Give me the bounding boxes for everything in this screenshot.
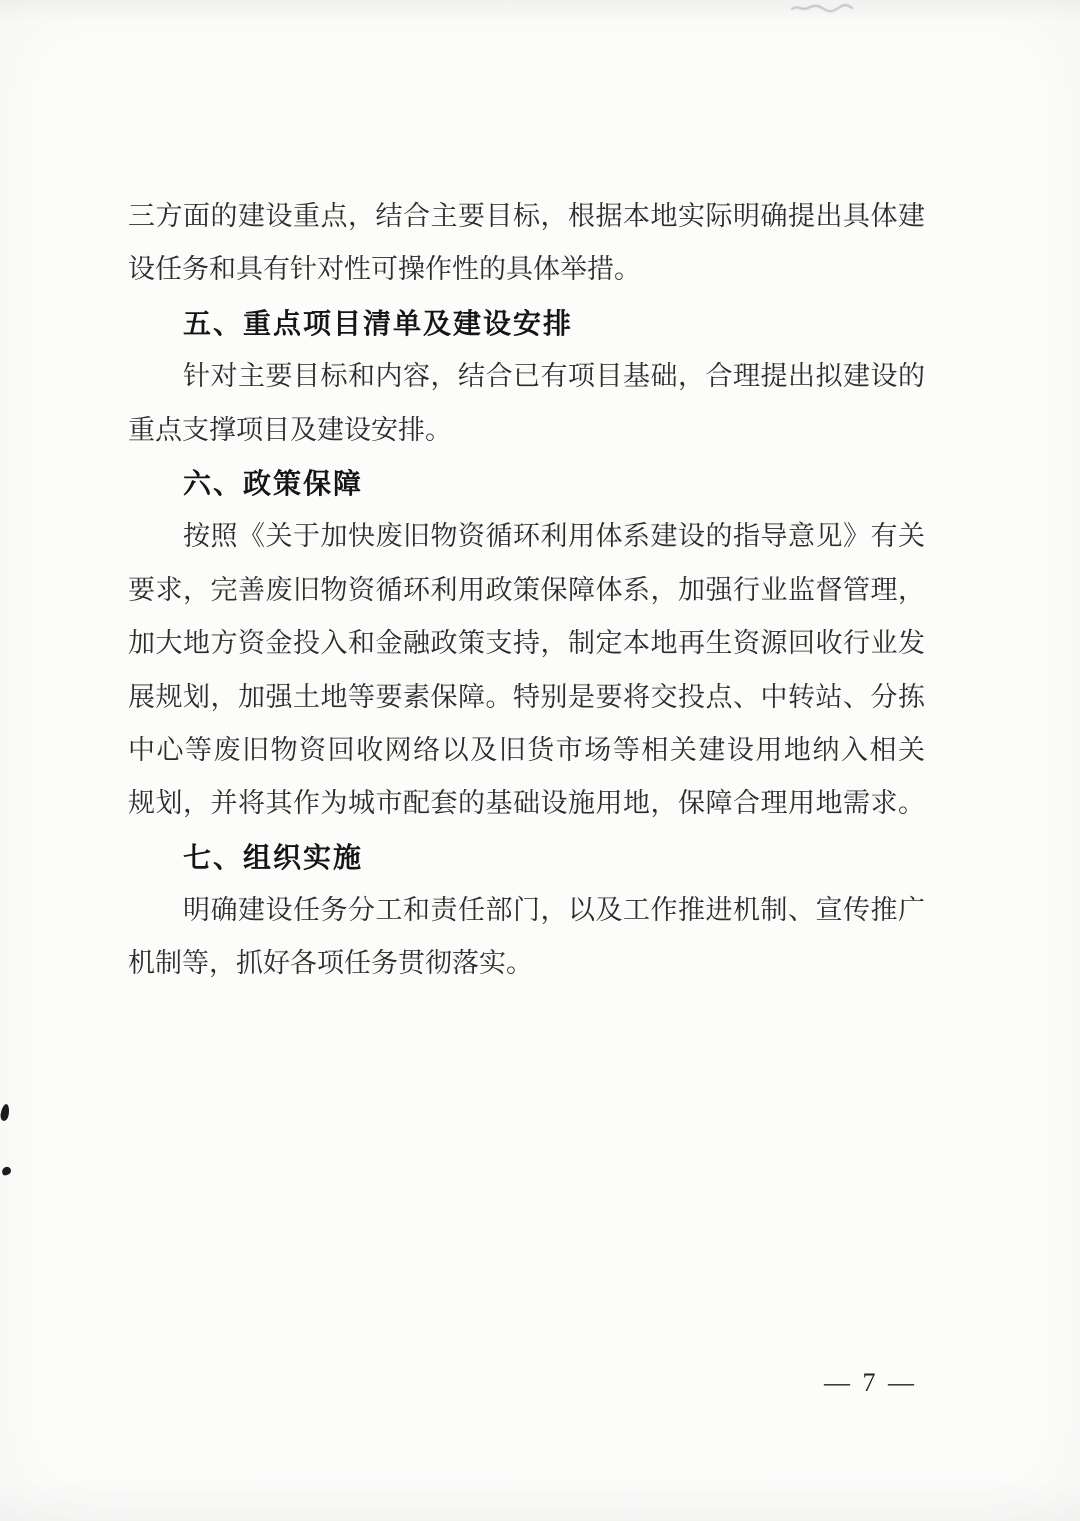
section-heading-5: 五、重点项目清单及建设安排 xyxy=(128,297,925,350)
text-line: 重点支撑项目及建设安排。 xyxy=(128,404,925,457)
scan-speck-mark xyxy=(0,1103,10,1121)
text-line: 按照《关于加快废旧物资循环利用体系建设的指导意见》有关 xyxy=(128,510,925,563)
text-line: 中心等废旧物资回收网络以及旧货市场等相关建设用地纳入相关 xyxy=(128,724,925,777)
scan-speck-mark xyxy=(1,1166,12,1176)
text-line: 规划，并将其作为城市配套的基础设施用地，保障合理用地需求。 xyxy=(128,777,925,830)
text-line: 设任务和具有针对性可操作性的具体举措。 xyxy=(128,243,925,296)
text-line: 机制等，抓好各项任务贯彻落实。 xyxy=(128,937,925,990)
document-body: 三方面的建设重点，结合主要目标，根据本地实际明确提出具体建 设任务和具有针对性可… xyxy=(128,190,925,991)
text-line: 要求，完善废旧物资循环利用政策保障体系，加强行业监督管理， xyxy=(128,564,925,617)
section-heading-7: 七、组织实施 xyxy=(128,831,925,884)
page-number: — 7 — xyxy=(824,1366,917,1400)
text-line: 明确建设任务分工和责任部门，以及工作推进机制、宣传推广 xyxy=(128,884,925,937)
text-line: 三方面的建设重点，结合主要目标，根据本地实际明确提出具体建 xyxy=(128,190,925,243)
text-line: 展规划，加强土地等要素保障。特别是要将交投点、中转站、分拣 xyxy=(128,671,925,724)
text-line: 加大地方资金投入和金融政策支持，制定本地再生资源回收行业发 xyxy=(128,617,925,670)
text-line: 针对主要目标和内容，结合已有项目基础，合理提出拟建设的 xyxy=(128,350,925,403)
document-page: 三方面的建设重点，结合主要目标，根据本地实际明确提出具体建 设任务和具有针对性可… xyxy=(0,0,1080,1521)
section-heading-6: 六、政策保障 xyxy=(128,457,925,510)
scan-smudge-mark xyxy=(790,1,854,15)
